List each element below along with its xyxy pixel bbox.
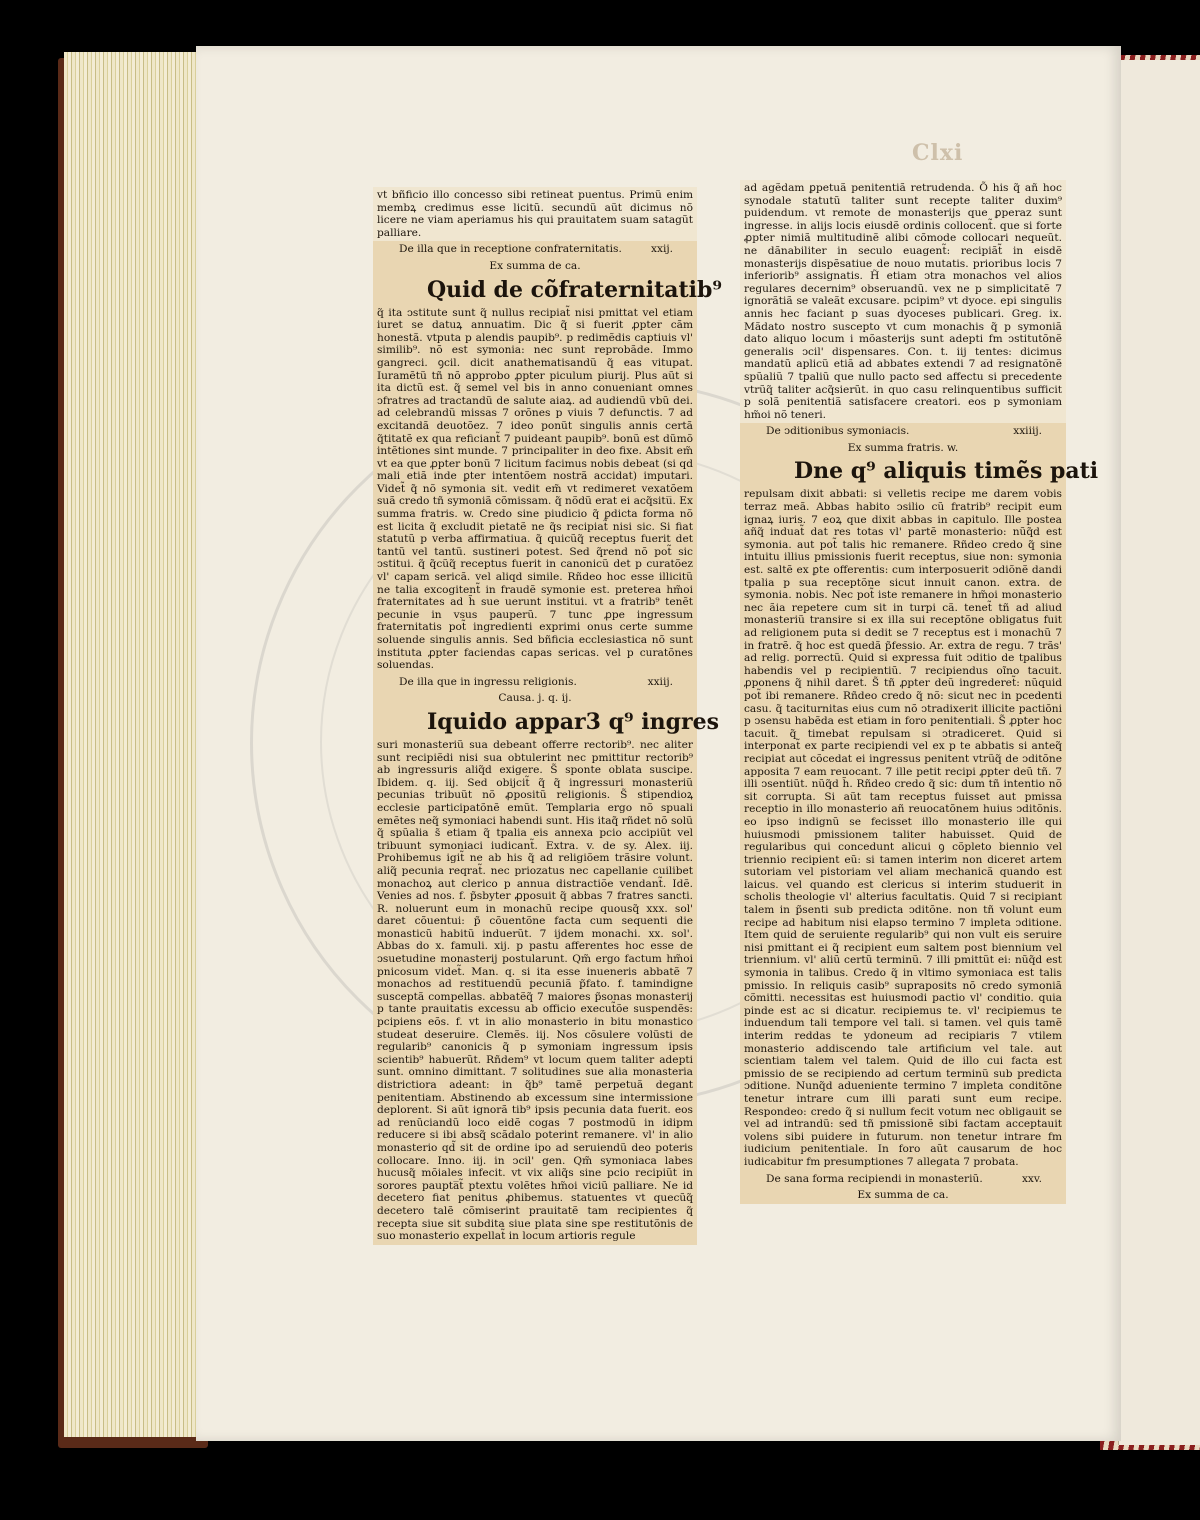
section-number: xxiiij. bbox=[991, 425, 1042, 438]
left-paragraph-1: q̃ ita ↄstitute sunt q̃ nullus recipiat̃… bbox=[373, 305, 697, 674]
right-section-heading-2: De sana forma recipiendi in monasteriũ. … bbox=[740, 1171, 1066, 1188]
right-paragraph-1: repulsam dixit abbati: si velletis recip… bbox=[740, 486, 1066, 1170]
section-number: xxiij. bbox=[626, 676, 673, 689]
heading-text: De illa que in ingressu religionis. bbox=[399, 676, 577, 688]
left-source-2: Causa. j. q. ij. bbox=[373, 690, 697, 707]
left-section-heading-1: De illa que in receptione confraternitat… bbox=[373, 241, 697, 258]
left-section-heading-2: De illa que in ingressu religionis. xxii… bbox=[373, 674, 697, 691]
left-source-1: Ex summa de ca. bbox=[373, 258, 697, 275]
right-source-2: Ex summa de ca. bbox=[740, 1187, 1066, 1204]
right-intro-text: ad agẽdam ꝑpetuã penitentiã retrudenda. … bbox=[740, 180, 1066, 423]
section-number: xxij. bbox=[629, 243, 673, 256]
heading-text: De ↄditionibus symoniacis. bbox=[766, 425, 909, 437]
show-through-folio-mark: Clxi bbox=[912, 140, 963, 166]
left-paragraph-2: suri monasteriũ sua debeant offerre rect… bbox=[373, 737, 697, 1245]
facing-page-edge bbox=[1118, 60, 1200, 1445]
section-number: xxv. bbox=[1000, 1173, 1042, 1186]
left-text-column: vt bñficio illo concesso sibi retineat p… bbox=[373, 187, 697, 1245]
heading-text: De sana forma recipiendi in monasteriũ. bbox=[766, 1173, 983, 1185]
right-section-heading-1: De ↄditionibus symoniacis. xxiiij. bbox=[740, 423, 1066, 440]
left-rubric-initial-1: Quid de cõfraternitatib⁹ bbox=[373, 275, 697, 305]
left-intro-text: vt bñficio illo concesso sibi retineat p… bbox=[373, 187, 697, 241]
right-text-column: ad agẽdam ꝑpetuã penitentiã retrudenda. … bbox=[740, 180, 1066, 1204]
right-rubric-initial-1: Dne q⁹ aliquis timẽs pati bbox=[740, 456, 1066, 486]
left-rubric-initial-2: Iquido appar3 q⁹ ingres bbox=[373, 707, 697, 737]
heading-text: De illa que in receptione confraternitat… bbox=[399, 243, 622, 255]
right-source-1: Ex summa fratris. w. bbox=[740, 440, 1066, 457]
page-edges-stack bbox=[64, 52, 204, 1437]
